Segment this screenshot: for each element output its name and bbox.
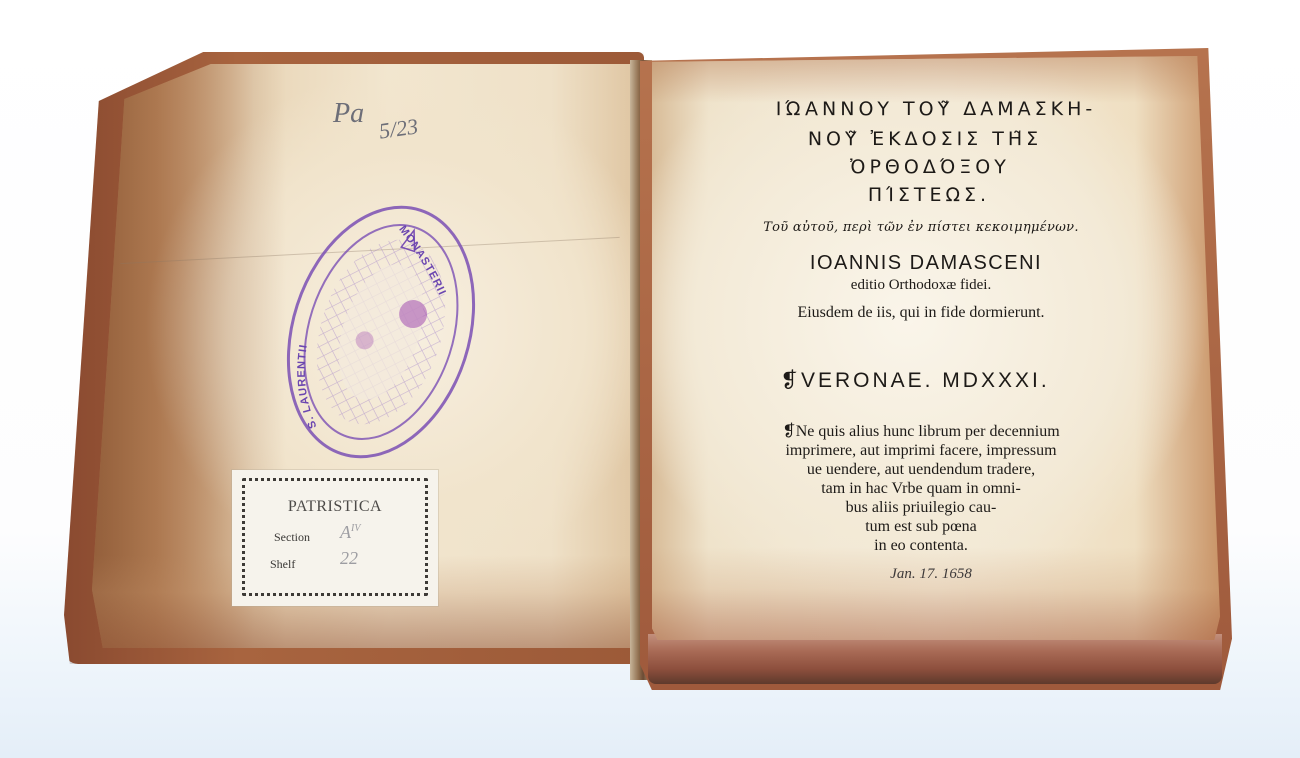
- library-stamp: S. LAURENTII MONASTERII: [256, 195, 506, 470]
- privilege-line-3: ue uendere, aut uendendum tradere,: [622, 460, 1220, 479]
- shelfmark-prefix: Pa: [333, 98, 364, 130]
- privilege-line-1: ❡Ne quis alius hunc librum per decennium: [622, 422, 1220, 441]
- privilege-line-6: tum est sub pœna: [622, 517, 1220, 536]
- photo-scene: Pa 5/23 S. LAUREN: [0, 0, 1300, 758]
- label-section-caption: Section: [274, 530, 310, 545]
- greek-title-line-2: ΝΟΥ͂ ἘΚΔΟΣΙΣ ΤΗ͂Σ: [630, 128, 1220, 150]
- red-sprinkled-page-edge: [648, 634, 1222, 684]
- privilege-line-4: tam in hac Vrbe quam in omni-: [622, 479, 1220, 498]
- seal-icon: S. LAURENTII MONASTERII: [256, 195, 506, 470]
- latin-second-work: Eiusdem de iis, qui in fide dormierunt.: [622, 304, 1220, 322]
- patristica-shelf-label: PATRISTICA Section AIV Shelf 22: [232, 470, 438, 606]
- imprint-place-date: ❡VERONAE. MDXXXI.: [610, 368, 1220, 393]
- handwritten-date: Jan. 17. 1658: [642, 566, 1220, 583]
- title-page-text: ΙΏΑΝΝΟΥ ΤΟΥ͂ ΔΑΜΑΣΚΗ- ΝΟΥ͂ ἘΚΔΟΣΙΣ ΤΗ͂Σ …: [652, 56, 1220, 640]
- privilege-line-7: in eo contenta.: [622, 536, 1220, 555]
- privilege-line-5: bus aliis priuilegio cau-: [622, 498, 1220, 517]
- label-section-value: AIV: [340, 522, 360, 543]
- latin-title: IOANNIS DAMASCENI: [632, 252, 1220, 275]
- label-shelf-value: 22: [340, 548, 358, 569]
- greek-title-line-1: ΙΏΑΝΝΟΥ ΤΟΥ͂ ΔΑΜΑΣΚΗ-: [652, 98, 1220, 120]
- shelfmark-number: 5/23: [377, 113, 419, 144]
- greek-title-line-4: ΠΊΣΤΕΩΣ.: [638, 184, 1220, 206]
- label-shelf-caption: Shelf: [270, 557, 295, 572]
- latin-subtitle: editio Orthodoxæ fidei.: [622, 277, 1220, 294]
- pencil-shelfmark: Pa 5/23: [333, 98, 453, 158]
- svg-text:S. LAURENTII: S. LAURENTII: [296, 343, 320, 430]
- privilege-line-2: imprimere, aut imprimi facere, impressum: [622, 441, 1220, 460]
- label-title: PATRISTICA: [232, 498, 438, 516]
- greek-title-line-3: ὈΡΘΟΔΌΞΟΥ: [640, 156, 1220, 178]
- fleuron-border: [242, 478, 428, 596]
- greek-subtitle: Τοῦ αὐτοῦ, περὶ τῶν ἐν πίστει κεκοιμημέν…: [622, 220, 1220, 235]
